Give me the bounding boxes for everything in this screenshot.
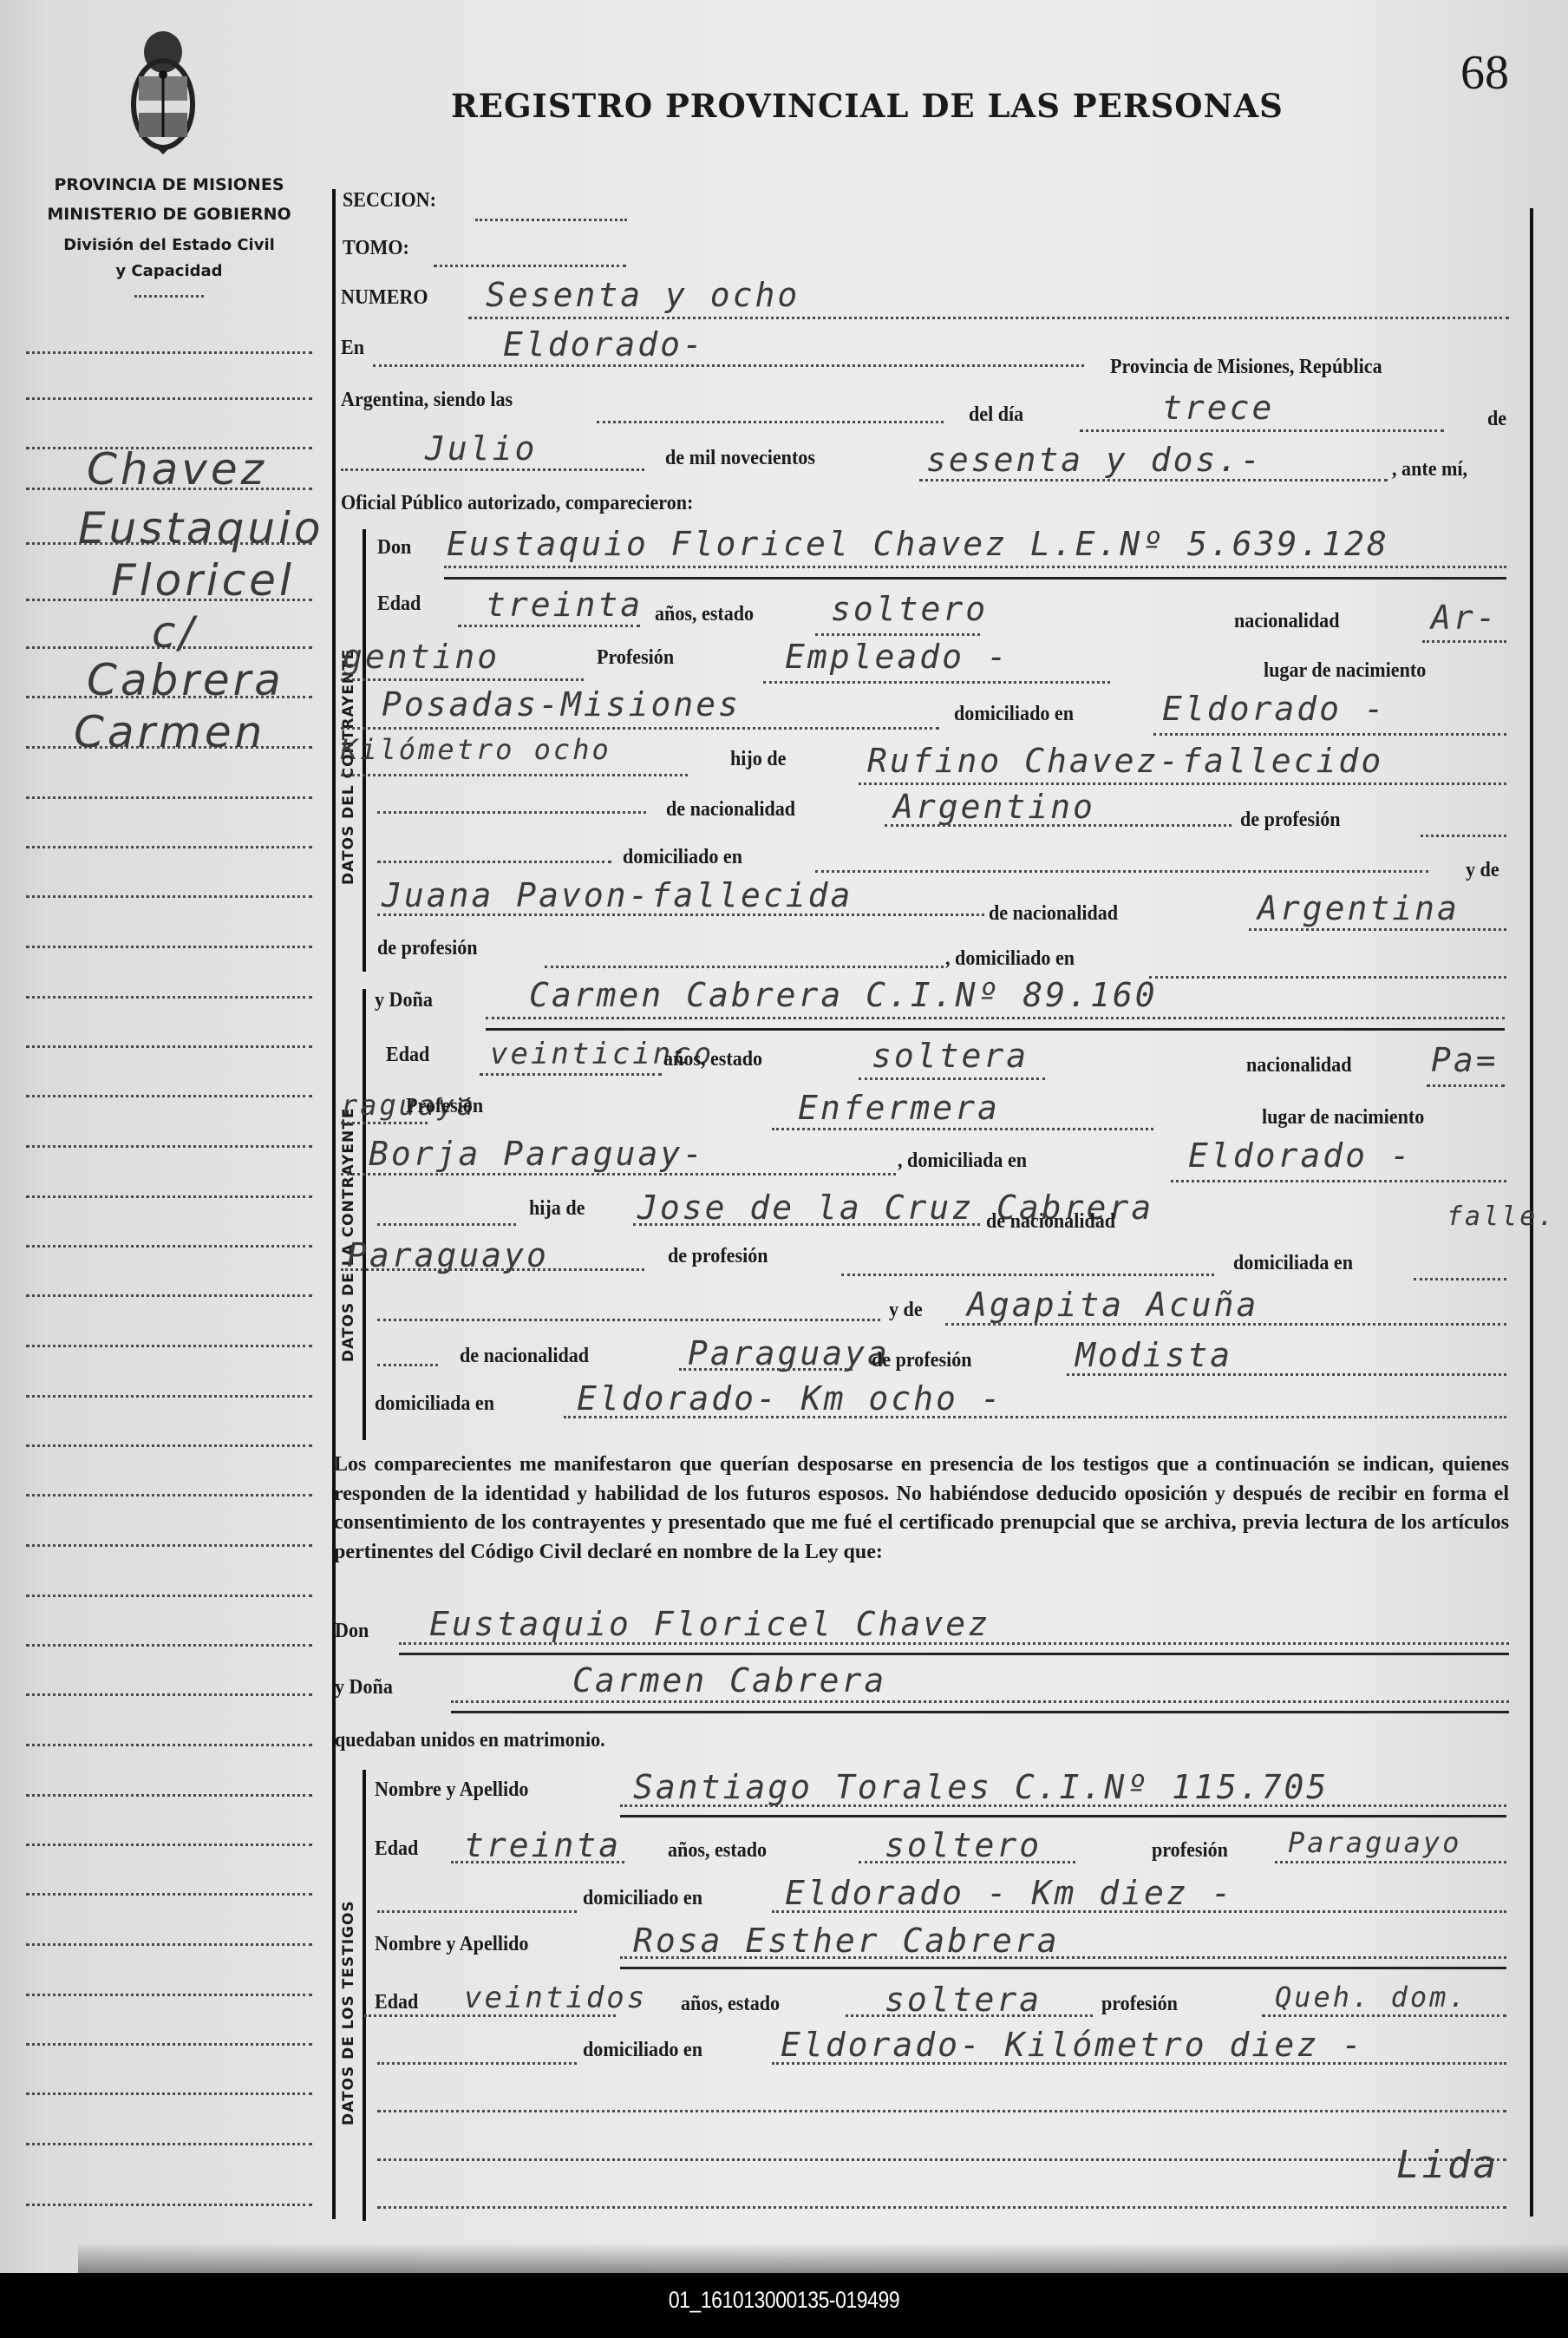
edad-f-label: Edad [386,1044,429,1067]
margin-line [26,351,312,354]
page-title: REGISTRO PROVINCIAL DE LAS PERSONAS [451,87,1284,125]
padre-f-nac-note[interactable]: falle. [1447,1202,1556,1232]
contrayente-f-nombre-field[interactable]: Carmen Cabrera C.I.Nº 89.160 [529,976,1158,1014]
domicilio-line [1153,733,1506,736]
domicilio-f-line [1171,1180,1506,1182]
margin-line [26,1744,312,1746]
contrayente-f-lugar-field[interactable]: Borja Paraguay- [369,1135,705,1173]
margin-line [26,996,312,999]
testigo-1-nombre-field[interactable]: Santiago Torales C.I.Nº 115.705 [633,1768,1329,1806]
testigo-2-nombre-rule [620,1967,1506,1969]
madre-f-domicilio-field[interactable]: Eldorado- Km ocho - [577,1379,1003,1418]
margin-line [26,846,312,848]
testigo-2-profesion-label: profesión [1101,1993,1178,2016]
en-label: En [341,337,364,360]
issuer-division: División del Estado Civil [26,236,312,254]
madre-f-profesion-field[interactable]: Modista [1075,1336,1232,1374]
padre-f-dom-cont-line [377,1319,880,1321]
margin-note-line: Chavez [87,444,267,494]
testigo-2-nombre-field[interactable]: Rosa Esther Cabrera [633,1922,1060,1960]
domicilio-cont-line [341,774,688,776]
testigo-2-estado-field[interactable]: soltera [885,1981,1042,2019]
hora-field[interactable] [597,421,944,423]
nacionalidad-label: nacionalidad [1234,610,1339,633]
madre-f-profesion-label: de profesión [872,1349,972,1372]
mil-novecientos-label: de mil novecientos [665,447,815,470]
margin-line [26,2204,312,2206]
final-don-rule [399,1653,1509,1655]
margin-note-line: Eustaquio [78,503,324,553]
padre-f-nac-line [341,1268,644,1271]
provincia-label: Provincia de Misiones, República [1110,356,1382,379]
nacionalidad-line [1422,640,1506,643]
madre-nacionalidad-field[interactable]: Argentina [1258,889,1460,927]
don-label: Don [377,536,411,560]
final-don-field[interactable]: Eustaquio Floricel Chavez [429,1605,990,1643]
margin-line [26,1644,312,1647]
issuer-ministry: MINISTERIO DE GOBIERNO [26,205,312,224]
margin-note-line: Carmen [74,707,265,757]
official-signature: Lida [1396,2143,1499,2187]
testigo-1-estado-line [859,1861,1075,1863]
madre-f-nombre-field[interactable]: Agapita Acuña [967,1286,1258,1324]
lugar-nacimiento-f-label: lugar de nacimiento [1262,1106,1424,1130]
testigo-1-edad-line [451,1861,624,1863]
blank-line [377,2158,1506,2161]
contrayente-domicilio-cont[interactable]: Kilómetro ocho [341,733,611,766]
margin-line [26,2043,312,2046]
padre-dom-pre-line [377,861,611,863]
y-de-f-label: y de [889,1299,923,1322]
seccion-label: SECCION: [343,189,436,213]
madre-profesion-label: de profesión [377,937,478,960]
profesion-f-label: Profesión [406,1095,483,1118]
mes-line [341,468,644,471]
testigo-1-edad-field[interactable]: treinta [464,1826,621,1864]
numero-line [468,317,1509,319]
margin-note-line: c/ [152,607,197,658]
image-code: 01_161013000135-019499 [118,2287,1451,2314]
final-dona-rule [451,1711,1509,1713]
testigo-1-profesion-line [1275,1861,1506,1863]
numero-field[interactable]: Sesenta y ocho [486,276,800,314]
profesion-label: Profesión [597,646,674,670]
testigo-1-profesion-field[interactable]: Paraguayo [1288,1826,1461,1859]
testigo-2-profesion-field[interactable]: Queh. dom. [1275,1981,1468,2014]
madre-domicilio-field[interactable] [1149,976,1506,979]
padre-nacionalidad-field[interactable]: Argentino [893,788,1095,826]
margin-line [26,1045,312,1048]
cierre-label: quedaban unidos en matrimonio. [335,1729,605,1752]
anio-line [919,479,1388,481]
margin-line [26,2143,312,2145]
testigo-1-nombre-rule [620,1815,1506,1817]
margin-line [26,1794,312,1797]
testigo-1-profesion-label: profesión [1152,1839,1228,1863]
nacionalidad-f-label: nacionalidad [1246,1054,1351,1077]
padre-f-profesion-label: de profesión [668,1245,768,1268]
testigo-2-dom-label: domiciliado en [583,2039,702,2062]
contrayente-edad-field[interactable]: treinta [486,586,643,624]
issuer-underline [134,295,204,298]
estado-line [815,633,980,636]
contrayente-profesion-field[interactable]: Empleado - [785,638,1009,676]
margin-line [26,1844,312,1846]
madre-f-prof-line [1067,1373,1506,1376]
testigo-2-dom-line [772,2062,1506,2065]
dia-line [1080,429,1444,432]
margin-line [26,397,312,400]
issuer-division-2: y Capacidad [26,262,312,280]
testigo-1-dom-pre-line [377,1910,577,1913]
ante-mi-label: , ante mí, [1392,458,1467,481]
margin-line [26,1494,312,1496]
padre-nombre-field[interactable]: Rufino Chavez-fallecido [867,742,1383,780]
padre-f-profesion-field[interactable] [841,1274,1214,1276]
argentina-coat-of-arms-icon [121,24,205,154]
contrayente-f-nombre-line [486,1017,1505,1019]
nacionalidad-cont-line [341,678,584,681]
margin-line [26,2092,312,2095]
dia-field[interactable]: trece [1162,389,1274,427]
final-dona-field[interactable]: Carmen Cabrera [572,1661,886,1699]
padre-profesion-field[interactable] [1421,835,1506,837]
margin-line [26,946,312,948]
y-de-label: y de [1466,859,1499,882]
en-line [373,364,1084,367]
margin-line [26,895,312,898]
padre-f-nacionalidad-label: de nacionalidad [986,1210,1115,1234]
anios-estado-label: años, estado [655,603,754,626]
madre-f-dom-line [564,1416,1506,1418]
madre-f-line [945,1323,1506,1326]
anio-field[interactable]: sesenta y dos.- [926,441,1263,479]
edad-line [458,625,640,627]
tomo-field[interactable] [434,265,626,267]
testigo-2-anios-label: años, estado [681,1993,780,2016]
contrayente-nombre-line [444,566,1506,568]
margin-line [26,1195,312,1198]
testigo-1-edad-label: Edad [375,1837,418,1861]
testigo-2-edad-line [364,2014,616,2017]
contrayente-domicilio-field[interactable]: Eldorado - [1162,690,1387,728]
seccion-field[interactable] [475,219,627,221]
margin-note-line: Cabrera [87,655,284,705]
hija-pre-line [377,1223,516,1226]
edad-label: Edad [377,593,421,616]
profesion-f-line [772,1128,1153,1130]
lugar-line [341,727,939,730]
testigo-1-nombre-label: Nombre y Apellido [375,1778,528,1802]
margin-line [26,1893,312,1896]
section-label-testigos: DATOS DE LOS TESTIGOS [340,1900,357,2125]
blank-line [377,2206,1506,2209]
margin-line [26,1245,312,1248]
numero-label: NUMERO [341,286,428,310]
margin-note-line: Floricel [111,555,295,606]
madre-nacionalidad-label: de nacionalidad [989,902,1118,926]
margin-line [26,1395,312,1398]
de-label: de [1487,408,1506,431]
anios-estado-f-label: años, estado [663,1048,762,1071]
padre-nacionalidad-label: de nacionalidad [666,798,795,822]
issuer-province: PROVINCIA DE MISIONES [26,175,312,194]
domiciliado-label: domiciliado en [954,703,1074,726]
madre-line [377,914,984,916]
madre-f-domicilio-label: domiciliada en [375,1392,494,1416]
testigo-2-profesion-line [1262,2014,1506,2017]
hijo-de-label: hijo de [730,748,786,771]
testigo-1-anios-label: años, estado [668,1839,767,1863]
testigo-1-nombre-line [620,1804,1506,1807]
frame-left-rule [332,189,336,2219]
padre-domicilio-field[interactable] [815,870,1428,873]
contrayente-nacionalidad-cont[interactable]: gentino [343,638,500,676]
contrayente-f-estado-field[interactable]: soltera [872,1037,1029,1075]
margin-line [26,1544,312,1547]
padre-line [859,783,1506,785]
contrayente-f-domicilio-field[interactable]: Eldorado - [1188,1136,1413,1175]
argentina-label: Argentina, siendo las [341,389,513,412]
testigo-2-dom-field[interactable]: Eldorado- Kilómetro diez - [781,2026,1364,2064]
madre-f-pre-line [377,1364,438,1366]
contrayente-lugar-field[interactable]: Posadas-Misiones [382,685,741,724]
testigo-1-dom-field[interactable]: Eldorado - Km diez - [785,1874,1234,1912]
testigo-2-nombre-line [620,1956,1506,1959]
nacionalidad-f-line [1427,1084,1505,1087]
final-dona-label: y Doña [335,1676,393,1699]
padre-f-domicilio-label: domiciliada en [1233,1252,1353,1275]
profesion-line [763,681,1110,684]
margin-line [26,1145,312,1148]
contrayente-nombre-rule [444,577,1506,580]
del-dia-label: del día [969,403,1023,427]
final-don-label: Don [335,1620,369,1643]
oficial-label: Oficial Público autorizado, compareciero… [341,492,693,515]
padre-profesion-label: de profesión [1240,809,1341,832]
contrayente-nombre-field[interactable]: Eustaquio Floricel Chavez L.E.Nº 5.639.1… [447,525,1389,563]
final-dona-line [451,1700,1509,1703]
contrayente-f-nombre-rule [486,1028,1505,1031]
testigo-2-estado-line [846,2014,1093,2017]
lugar-nacimiento-label: lugar de nacimiento [1264,659,1426,683]
tomo-label: TOMO: [343,237,409,260]
margin-line [26,1444,312,1447]
final-don-line [399,1642,1509,1645]
madre-domicilio-label: , domiciliado en [945,947,1075,971]
domiciliada-label: , domiciliada en [898,1149,1027,1173]
margin-line [26,1595,312,1597]
madre-nombre-field[interactable]: Juana Pavon-fallecida [382,876,853,914]
madre-profesion-field[interactable] [545,966,944,968]
contrayente-f-profesion-field[interactable]: Enfermera [798,1089,1000,1127]
padre-domicilio-label: domiciliado en [623,846,742,869]
padre-extra-line [377,811,646,814]
contrayente-estado-field[interactable]: soltero [831,590,988,628]
section-rule-testigos [363,1770,366,2221]
testigo-1-dom-line [772,1910,1506,1913]
nacionalidad-f-cont-line [341,1122,428,1124]
madre-f-nac-line [679,1368,853,1371]
margin-line [26,1095,312,1097]
registry-page: REGISTRO PROVINCIAL DE LAS PERSONAS 68 P… [0,0,1568,2273]
madre-f-nacionalidad-label: de nacionalidad [460,1345,589,1368]
folio-number: 68 [1460,45,1509,101]
madre-nac-line [1249,928,1506,931]
estado-f-line [859,1077,1045,1080]
contrayente-f-nacionalidad-field[interactable]: Pa= [1431,1041,1499,1079]
madre-f-nacionalidad-field[interactable]: Paraguaya [688,1334,890,1372]
lugar-acta-field[interactable]: Eldorado- [503,325,705,363]
margin-line [26,1294,312,1297]
margin-line [26,1693,312,1696]
testigo-2-dom-pre-line [377,2062,577,2065]
contrayente-nacionalidad-field[interactable]: Ar- [1431,599,1499,637]
testigo-1-estado-field[interactable]: soltero [885,1826,1042,1864]
lugar-f-line [341,1173,896,1176]
testigo-2-nombre-label: Nombre y Apellido [375,1933,528,1956]
margin-line [26,796,312,799]
edad-f-line [480,1073,662,1076]
margin-line [26,1345,312,1347]
section-label-contrayente: DATOS DEL CONTRAYENTE [340,649,357,885]
declaracion-text: Los comparecientes me manifestaron que q… [334,1451,1509,1567]
hija-de-label: hija de [529,1197,585,1221]
dona-label: y Doña [375,989,433,1012]
padre-f-domicilio-field[interactable] [1414,1278,1506,1280]
section-label-contrayente-f: DATOS DE LA CONTRAYENTE [340,1108,357,1362]
blank-line [377,2110,1506,2112]
padre-f-line [633,1223,980,1226]
mes-field[interactable]: Julio [425,429,537,468]
testigo-1-dom-label: domiciliado en [583,1887,702,1910]
testigo-2-edad-label: Edad [375,1991,418,2014]
padre-nac-line [885,824,1232,827]
margin-line [26,1994,312,1996]
section-rule-contrayente-f [363,989,366,1440]
testigo-2-edad-field[interactable]: veintidos [464,1981,647,2015]
margin-line [26,1943,312,1946]
